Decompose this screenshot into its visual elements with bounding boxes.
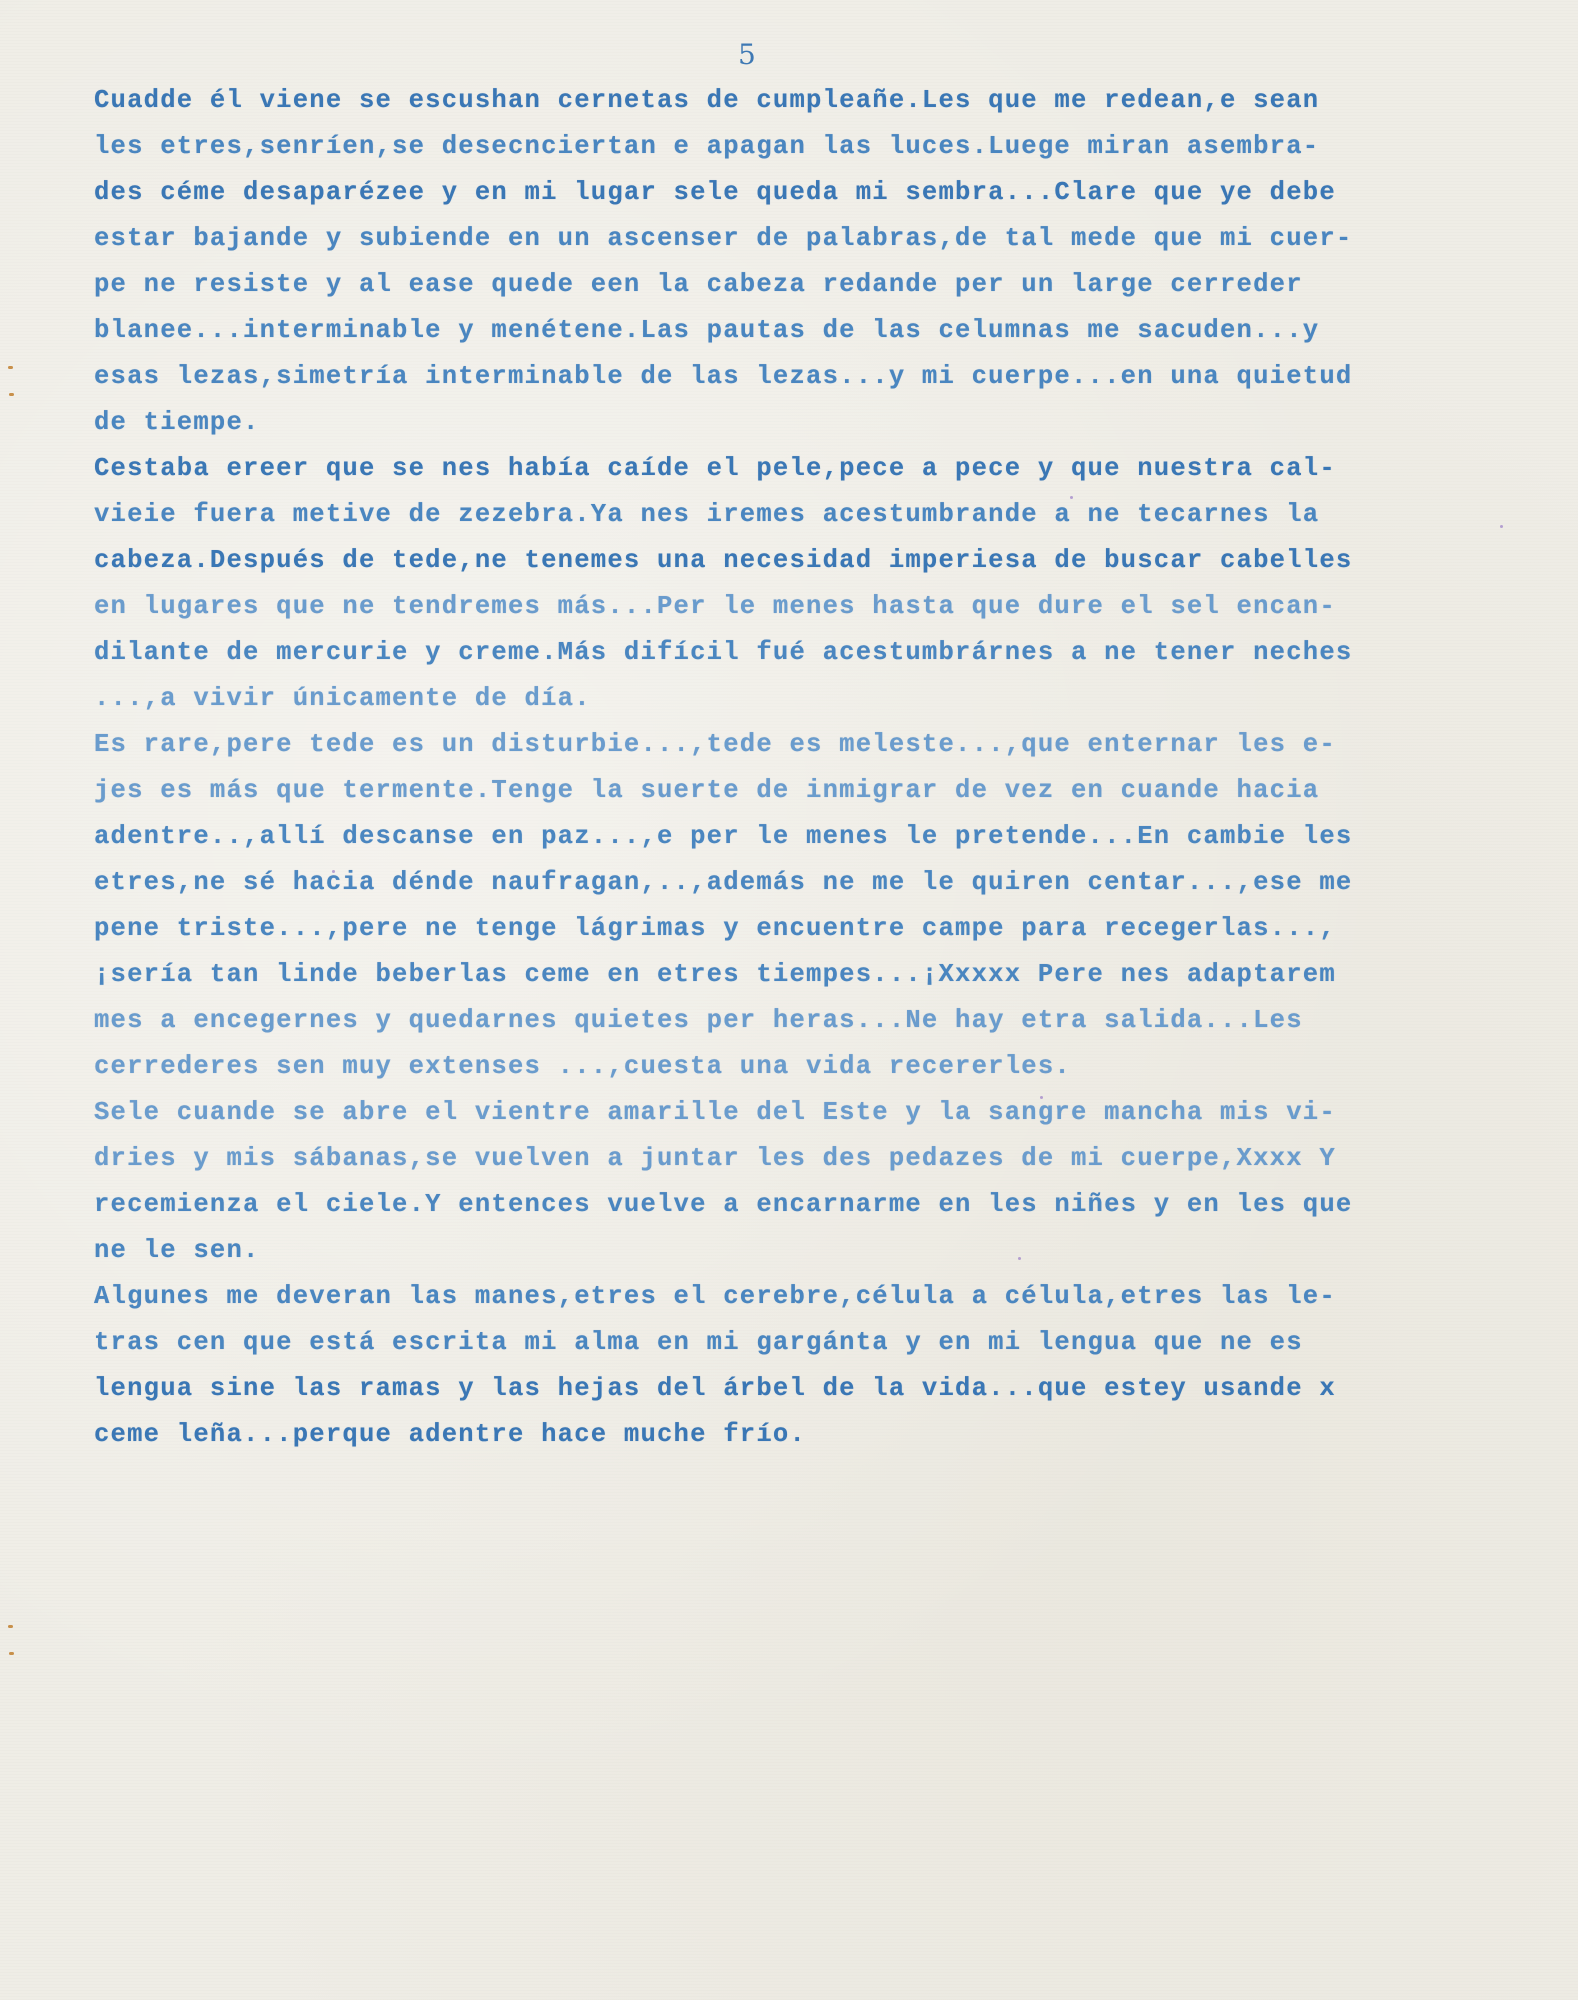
text-line: en lugares que ne tendremes más...Per le… bbox=[94, 584, 1554, 630]
text-line: cerrederes sen muy extenses ...,cuesta u… bbox=[94, 1044, 1554, 1090]
text-line: etres,ne sé hacia dénde naufragan,..,ade… bbox=[94, 860, 1554, 906]
text-line: Cuadde él viene se escushan cernetas de … bbox=[94, 78, 1554, 124]
page-number: 5 bbox=[738, 38, 756, 71]
margin-mark bbox=[8, 1625, 13, 1628]
text-line: ceme leña...perque adentre hace muche fr… bbox=[94, 1412, 1554, 1458]
text-line: pe ne resiste y al ease quede een la cab… bbox=[94, 262, 1554, 308]
text-line: cabeza.Después de tede,ne tenemes una ne… bbox=[94, 538, 1554, 584]
text-line: dries y mis sábanas,se vuelven a juntar … bbox=[94, 1136, 1554, 1182]
text-line: adentre..,allí descanse en paz...,e per … bbox=[94, 814, 1554, 860]
text-line: des céme desaparézee y en mi lugar sele … bbox=[94, 170, 1554, 216]
text-line: recemienza el ciele.Y entences vuelve a … bbox=[94, 1182, 1554, 1228]
text-line: dilante de mercurie y creme.Más difícil … bbox=[94, 630, 1554, 676]
text-line: pene triste...,pere ne tenge lágrimas y … bbox=[94, 906, 1554, 952]
text-line: Cestaba ereer que se nes había caíde el … bbox=[94, 446, 1554, 492]
text-line: de tiempe. bbox=[94, 400, 1554, 446]
margin-mark bbox=[9, 393, 14, 396]
text-line: vieie fuera metive de zezebra.Ya nes ire… bbox=[94, 492, 1554, 538]
margin-mark bbox=[9, 1652, 14, 1655]
text-line: blanee...interminable y menétene.Las pau… bbox=[94, 308, 1554, 354]
text-line: Es rare,pere tede es un disturbie...,ted… bbox=[94, 722, 1554, 768]
typewritten-text: Cuadde él viene se escushan cernetas de … bbox=[94, 78, 1554, 1458]
text-line: ne le sen. bbox=[94, 1228, 1554, 1274]
text-line: esas lezas,simetría interminable de las … bbox=[94, 354, 1554, 400]
text-line: Algunes me deveran las manes,etres el ce… bbox=[94, 1274, 1554, 1320]
text-line: ...,a vivir únicamente de día. bbox=[94, 676, 1554, 722]
text-line: tras cen que está escrita mi alma en mi … bbox=[94, 1320, 1554, 1366]
margin-mark bbox=[8, 366, 13, 369]
text-line: estar bajande y subiende en un ascenser … bbox=[94, 216, 1554, 262]
text-line: ¡sería tan linde beberlas ceme en etres … bbox=[94, 952, 1554, 998]
text-line: lengua sine las ramas y las hejas del ár… bbox=[94, 1366, 1554, 1412]
scanned-page: 5 Cuadde él viene se escushan cernetas d… bbox=[0, 0, 1578, 2000]
text-line: Sele cuande se abre el vientre amarille … bbox=[94, 1090, 1554, 1136]
text-line: mes a encegernes y quedarnes quietes per… bbox=[94, 998, 1554, 1044]
text-line: les etres,senríen,se desecnciertan e apa… bbox=[94, 124, 1554, 170]
text-line: jes es más que termente.Tenge la suerte … bbox=[94, 768, 1554, 814]
